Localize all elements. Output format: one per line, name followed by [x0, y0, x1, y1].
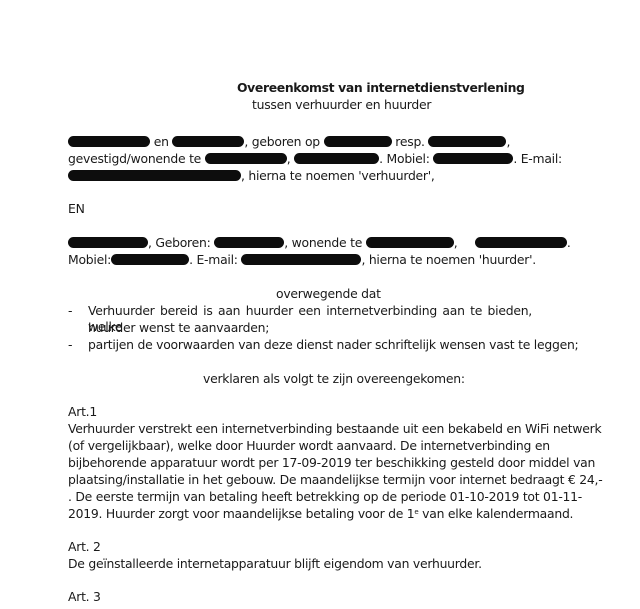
article-text: De geïnstalleerde internetapparatuur bli… — [68, 556, 482, 572]
article-heading: Art.1 — [68, 404, 97, 420]
article-heading: Art. 3 — [68, 589, 101, 605]
bullet-dash: - — [68, 303, 72, 319]
redacted-date — [214, 237, 284, 248]
redacted-city — [294, 153, 379, 164]
party2-line2: Mobiel:. E-mail: , hierna te noemen 'huu… — [68, 252, 536, 268]
article-text: bijbehorende apparatuur wordt per 17-09-… — [68, 455, 595, 471]
redacted-city — [475, 237, 567, 248]
party2-line1: , Geboren: , wonende te , . — [68, 235, 571, 251]
redacted-date — [324, 136, 392, 147]
article-text: Verhuurder verstrekt een internetverbind… — [68, 421, 601, 437]
redacted-email — [241, 254, 361, 265]
article-text: (of vergelijkbaar), welke door Huurder w… — [68, 438, 550, 454]
redacted-phone — [111, 254, 189, 265]
bullet-dash: - — [68, 337, 72, 353]
consideration-text: partijen de voorwaarden van deze dienst … — [88, 337, 578, 353]
redacted-phone — [433, 153, 513, 164]
document-page: Overeenkomst van internetdienstverlening… — [0, 0, 640, 609]
party1-line1: en , geboren op resp. , — [68, 134, 510, 150]
redacted-address — [205, 153, 287, 164]
consideration-text: huurder wenst te aanvaarden; — [88, 320, 269, 336]
en-label: EN — [68, 201, 85, 217]
article-text: 2019. Huurder zorgt voor maandelijkse be… — [68, 506, 573, 522]
article-text: plaatsing/installatie in het gebouw. De … — [68, 472, 602, 488]
redacted-address — [366, 237, 454, 248]
party1-line3: , hierna te noemen 'verhuurder', — [68, 168, 435, 184]
redacted-email — [68, 170, 241, 181]
declaration: verklaren als volgt te zijn overeengekom… — [203, 371, 465, 387]
redacted-date — [428, 136, 506, 147]
party1-line2: gevestigd/wonende te , . Mobiel: . E-mai… — [68, 151, 562, 167]
article-heading: Art. 2 — [68, 539, 101, 555]
redacted-name — [68, 237, 148, 248]
document-subtitle: tussen verhuurder en huurder — [252, 97, 431, 113]
redacted-name — [68, 136, 150, 147]
considering-heading: overwegende dat — [276, 286, 381, 302]
redacted-name — [172, 136, 244, 147]
article-text: . De eerste termijn van betaling heeft b… — [68, 489, 582, 505]
document-title: Overeenkomst van internetdienstverlening — [237, 80, 525, 96]
